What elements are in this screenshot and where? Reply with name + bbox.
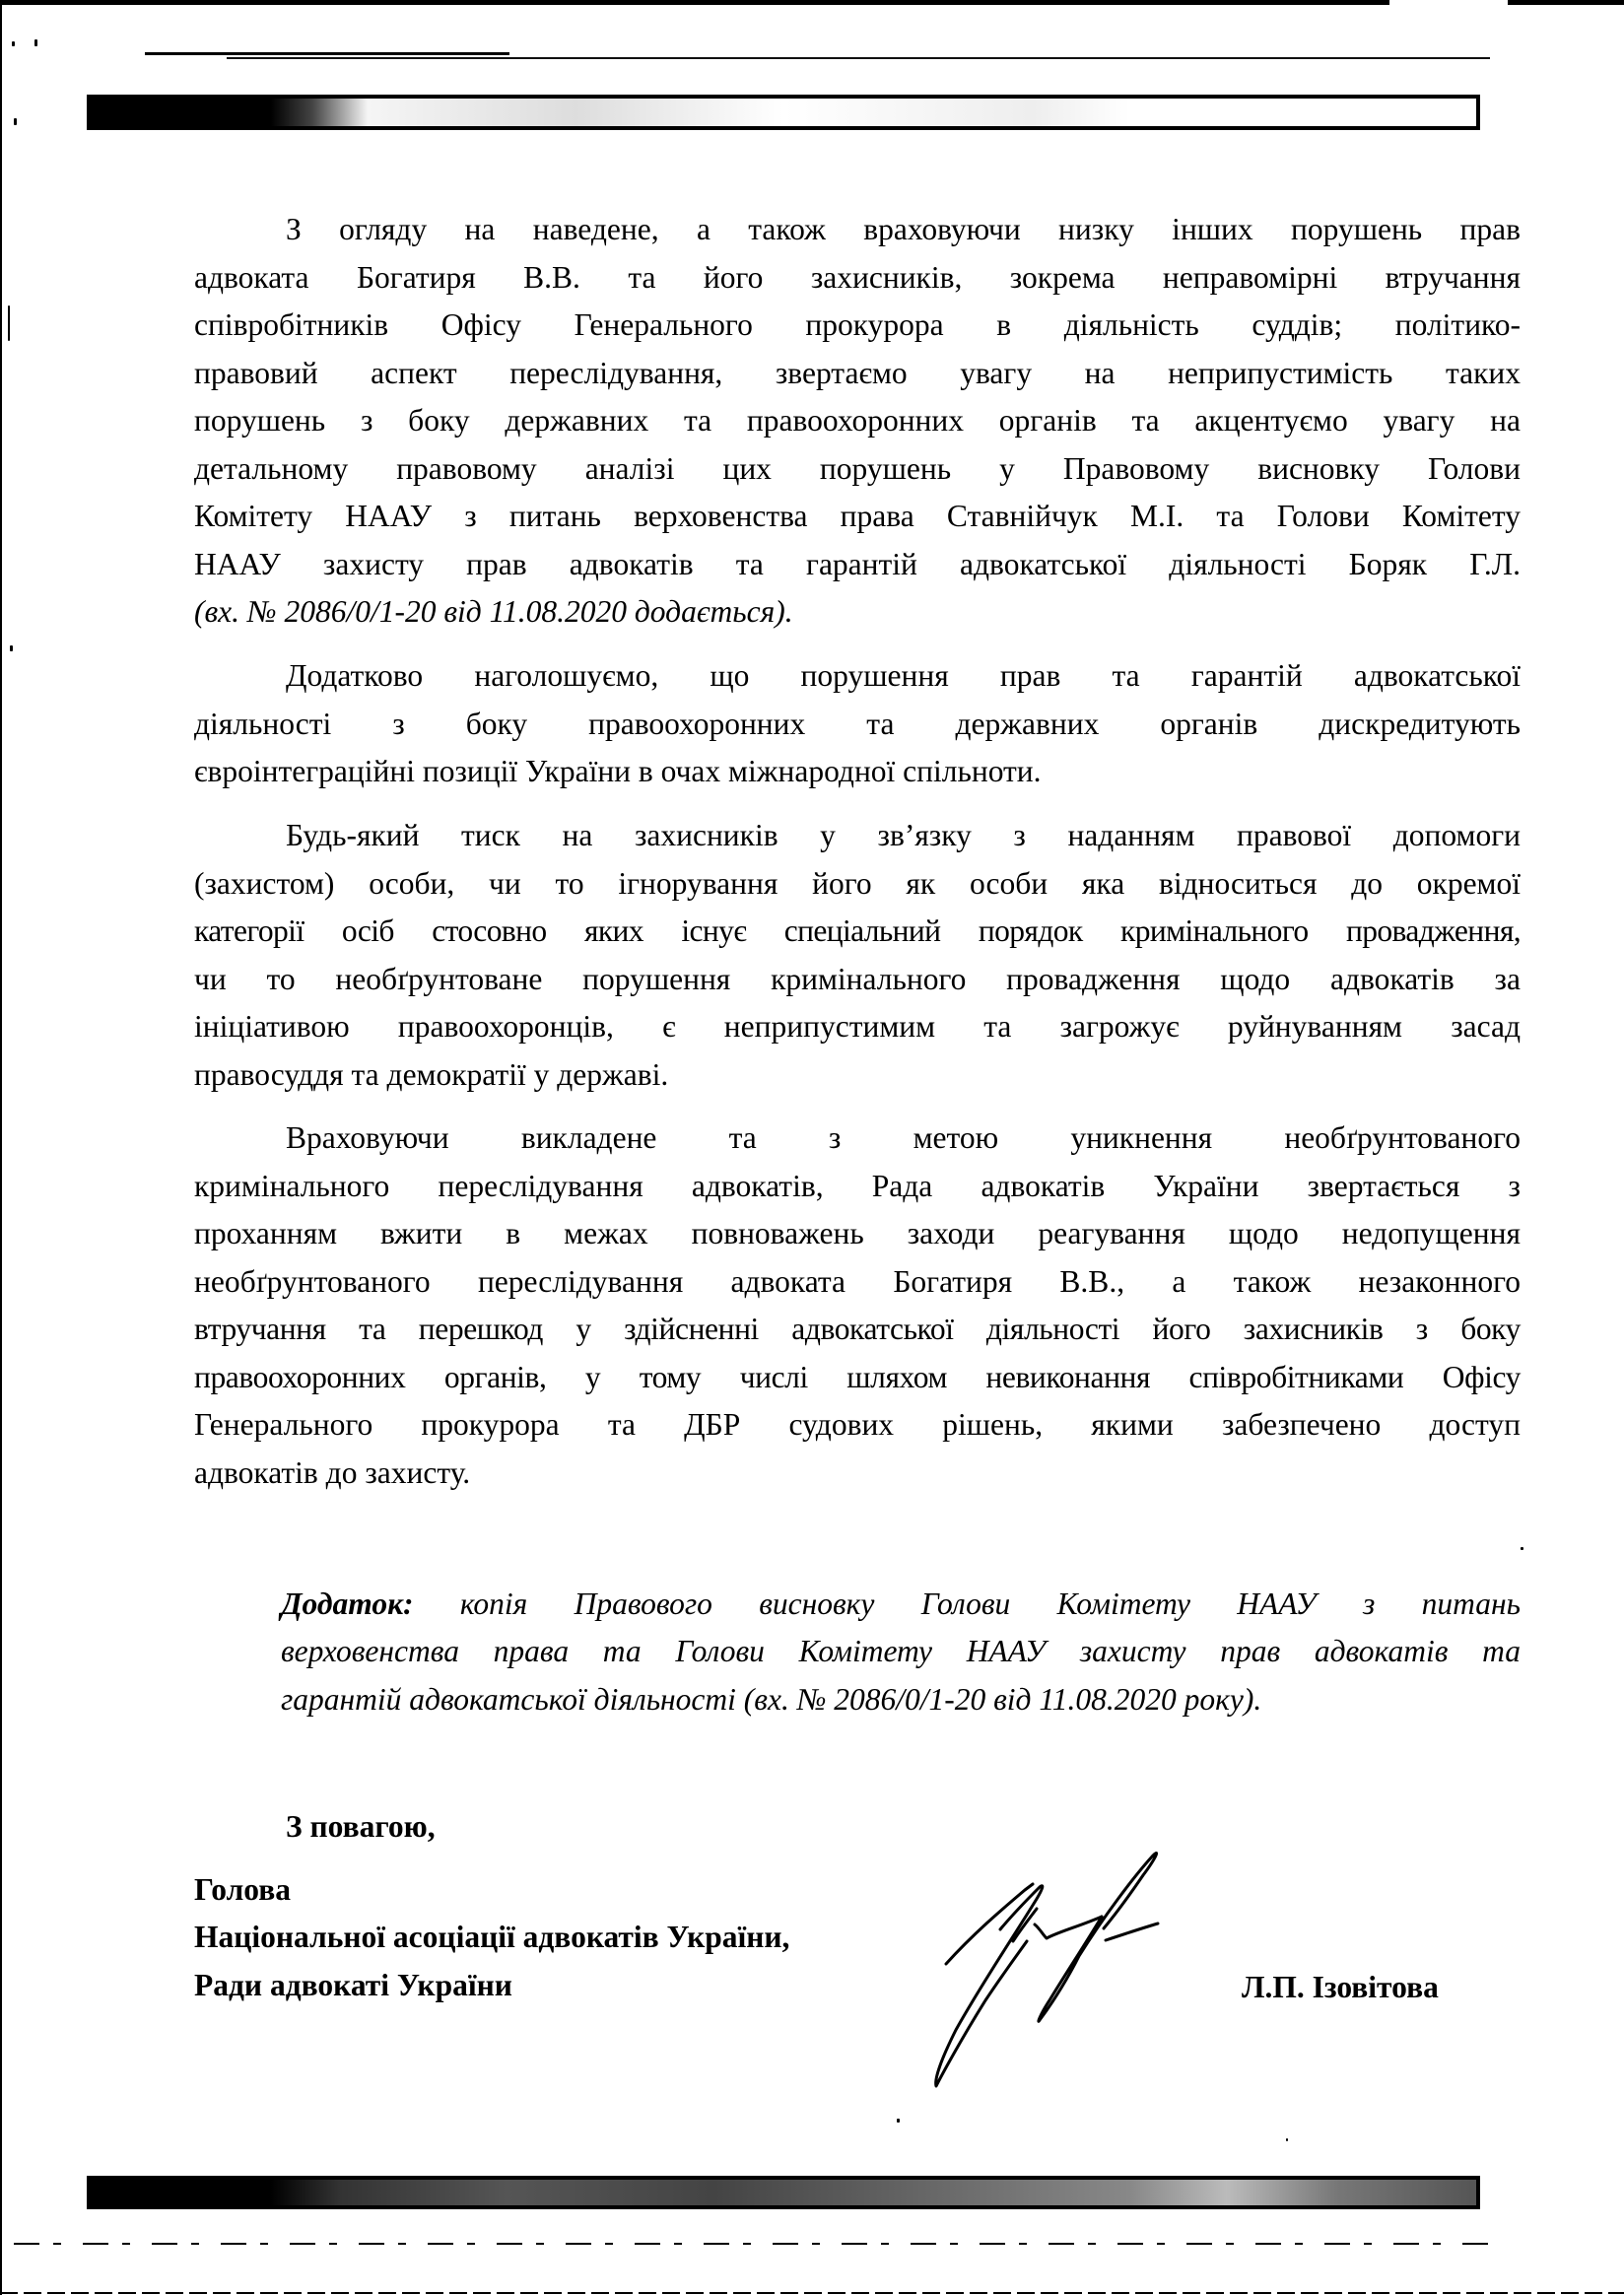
paragraph-3-line-4: чи то необґрунтоване порушення криміналь… [194, 960, 1521, 999]
scanned-letter-page: З огляду на наведене, а також враховуючи… [0, 0, 1624, 2295]
paragraph-3-line-3: категорії осіб стосовно яких існує спеці… [194, 911, 1521, 951]
paragraph-4-line-8: адвокатів до захисту. [194, 1453, 1521, 1493]
attachment-line-2: верховенства права та Голови Комітету НА… [281, 1632, 1521, 1671]
closing-greeting: З повагою, [286, 1807, 436, 1847]
scan-speck [1286, 2138, 1288, 2141]
paragraph-4-line-1: Враховуючи викладене та з метою уникненн… [286, 1118, 1521, 1158]
paragraph-3-line-2: (захистом) особи, чи то ігнорування його… [194, 864, 1521, 904]
paragraph-1-line-3: співробітників Офісу Генерального прокур… [194, 305, 1521, 345]
paragraph-1-line-8: НААУ захисту прав адвокатів та гарантій … [194, 545, 1521, 584]
footer-dashed-rule [14, 2243, 1492, 2245]
paragraph-1-line-2: адвоката Богатиря В.В. та його захисникі… [194, 258, 1521, 298]
paragraph-1-line-1: З огляду на наведене, а також враховуючи… [286, 210, 1521, 249]
scan-speck [8, 305, 10, 341]
paragraph-4-line-6: правоохоронних органів, у тому числі шля… [194, 1358, 1521, 1397]
paragraph-1-reference: (вх. № 2086/0/1-20 від 11.08.2020 додаєт… [194, 592, 1521, 632]
signatory-name: Л.П. Ізовітова [1242, 1968, 1439, 2007]
paragraph-2-line-1: Додатково наголошуємо, що порушення прав… [286, 656, 1521, 696]
attachment-text: копія Правового висновку Голови Комітету… [414, 1586, 1521, 1621]
handwritten-signature-icon [907, 1818, 1261, 2114]
paragraph-2-line-2: діяльності з боку правоохоронних та держ… [194, 705, 1521, 744]
scan-edge-left [0, 0, 2, 2295]
paragraph-4-line-3: проханням вжити в межах повноважень захо… [194, 1214, 1521, 1253]
paragraph-4-line-5: втручання та перешкод у здійсненні адвок… [194, 1310, 1521, 1349]
scan-speck [897, 2119, 900, 2123]
scan-edge-bottom [0, 2292, 1624, 2294]
signatory-title-line-2: Національної асоціації адвокатів України… [194, 1918, 789, 1957]
letterhead-bar-bottom [87, 2176, 1480, 2209]
paragraph-1-line-4: правовий аспект переслідування, звертаєм… [194, 354, 1521, 393]
paragraph-4-line-2: кримінального переслідування адвокатів, … [194, 1167, 1521, 1206]
signatory-title-line-3: Ради адвокаті України [194, 1966, 512, 2005]
paragraph-1-line-5: порушень з боку державних та правоохорон… [194, 401, 1521, 440]
scan-edge-gap [1389, 0, 1508, 5]
header-rule [227, 57, 1490, 59]
scan-speck [1521, 1547, 1523, 1550]
attachment-line-1: Додаток: копія Правового висновку Голови… [281, 1585, 1521, 1624]
scan-speck [34, 39, 37, 46]
letterhead-bar-top [87, 95, 1480, 130]
paragraph-4-line-7: Генерального прокурора та ДБР судових рі… [194, 1405, 1521, 1445]
paragraph-3-line-6: правосуддя та демократії у державі. [194, 1055, 1521, 1095]
scan-speck [10, 645, 13, 651]
paragraph-1-line-7: Комітету НААУ з питань верховенства прав… [194, 497, 1521, 536]
paragraph-3-line-1: Будь-який тиск на захисників у зв’язку з… [286, 816, 1521, 855]
paragraph-2-line-3: євроінтеграційні позиції України в очах … [194, 752, 1521, 791]
paragraph-3-line-5: ініціативою правоохоронців, є неприпусти… [194, 1007, 1521, 1046]
signatory-title-line-1: Голова [194, 1870, 291, 1910]
header-rule-fragment [145, 52, 509, 55]
paragraph-1-line-6: детальному правовому аналізі цих порушен… [194, 449, 1521, 489]
attachment-label: Додаток: [281, 1586, 414, 1621]
paragraph-4-line-4: необґрунтованого переслідування адвоката… [194, 1262, 1521, 1302]
scan-speck [12, 41, 15, 46]
attachment-line-3: гарантій адвокатської діяльності (вх. № … [281, 1680, 1521, 1720]
scan-speck [14, 118, 17, 125]
scan-edge-top [0, 0, 1624, 5]
